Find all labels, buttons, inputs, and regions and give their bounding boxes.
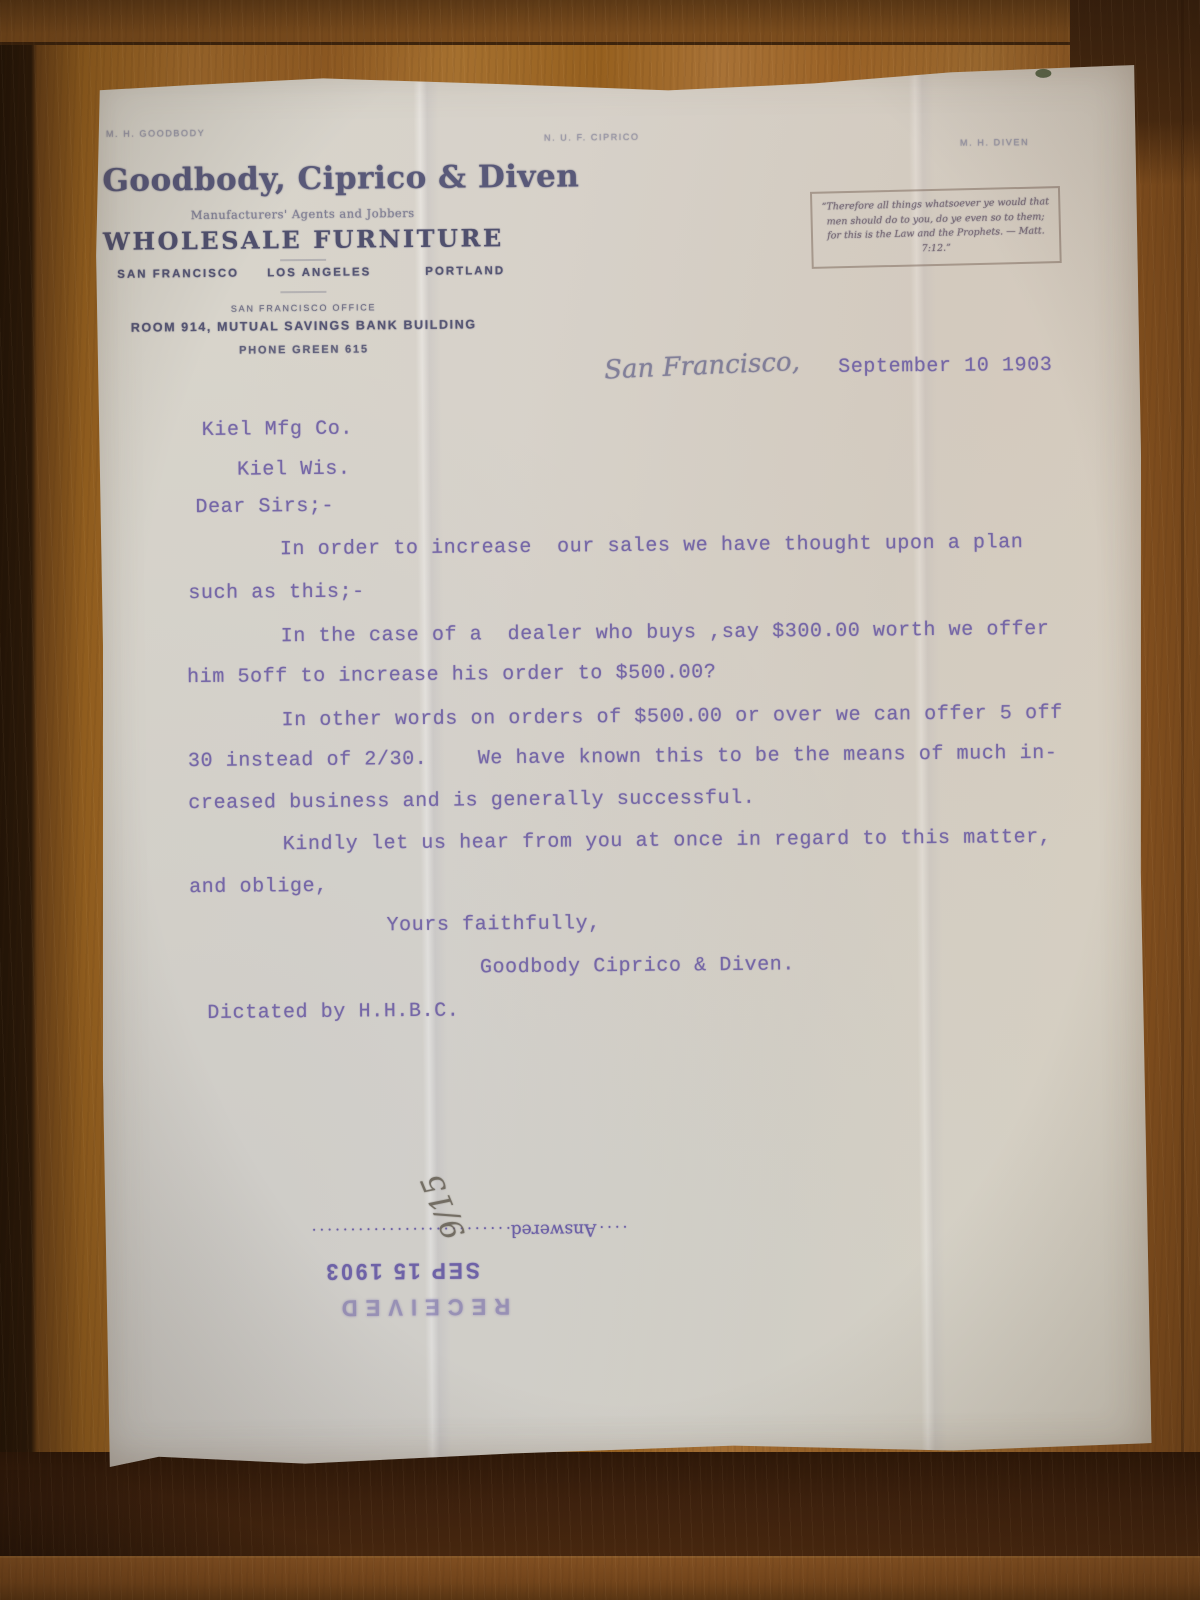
dateline-date: September 10 1903 — [838, 354, 1052, 379]
dictation-line: Dictated by H.H.B.C. — [207, 1000, 459, 1025]
partner-name-left: M. H. GOODBODY — [106, 128, 205, 139]
closing-line: Yours faithfully, — [386, 912, 600, 937]
received-stamp-block: RECEIVED SEP 15 1903 ....Answered.......… — [282, 1158, 629, 1321]
wood-table-edge — [0, 1556, 1200, 1600]
city-san-francisco: SAN FRANCISCO — [117, 268, 239, 281]
body-line: him 5off to increase his order to $500.0… — [187, 661, 716, 689]
wood-plank-top — [0, 0, 1200, 45]
answered-dots: .... — [596, 1222, 627, 1240]
body-line: In other words on orders of $500.00 or o… — [281, 702, 1063, 732]
body-line: 30 instead of 2/30. We have known this t… — [188, 742, 1058, 773]
paper-debris-speck — [1035, 69, 1051, 78]
signature-line: Goodbody Ciprico & Diven. — [480, 953, 795, 979]
city-portland: PORTLAND — [425, 265, 505, 278]
date-received-stamp: SEP 15 1903 — [283, 1256, 480, 1284]
recipient-city: Kiel Wis. — [237, 458, 351, 482]
partner-name-center: N. U. F. CIPRICO — [544, 132, 640, 143]
answered-dots: .......................... — [309, 1223, 511, 1243]
partner-name-right: M. H. DIVEN — [960, 137, 1029, 148]
company-tagline: Manufacturers' Agents and Jobbers — [103, 205, 503, 223]
office-label: SAN FRANCISCO OFFICE — [104, 301, 504, 315]
letter-paper: M. H. GOODBODY N. U. F. CIPRICO M. H. DI… — [93, 65, 1151, 1467]
body-line: Kindly let us hear from you at once in r… — [283, 826, 1052, 856]
motto-box: “Therefore all things whatsoever ye woul… — [810, 186, 1062, 269]
body-line: and oblige, — [189, 875, 328, 899]
wood-seam — [1181, 0, 1184, 1600]
answered-label: Answered — [511, 1219, 597, 1240]
office-address: ROOM 914, MUTUAL SAVINGS BANK BUILDING — [104, 317, 504, 335]
received-stamp: RECEIVED — [283, 1292, 510, 1321]
body-line: In the case of a dealer who buys ,say $3… — [281, 618, 1050, 648]
body-line: In order to increase our sales we have t… — [280, 531, 1024, 561]
office-phone: PHONE GREEN 615 — [104, 342, 504, 358]
city-los-angeles: LOS ANGELES — [267, 266, 371, 279]
divider-rule — [280, 291, 326, 293]
recipient-line: Kiel Mfg Co. — [202, 418, 353, 442]
divider-rule — [280, 259, 326, 261]
body-line: such as this;- — [188, 580, 365, 605]
company-name: Goodbody, Ciprico & Diven — [102, 159, 502, 199]
salutation: Dear Sirs;- — [195, 495, 334, 519]
dateline-place: San Francisco, — [604, 347, 801, 386]
body-line: creased business and is generally succes… — [188, 787, 755, 815]
business-line: WHOLESALE FURNITURE — [103, 223, 503, 256]
